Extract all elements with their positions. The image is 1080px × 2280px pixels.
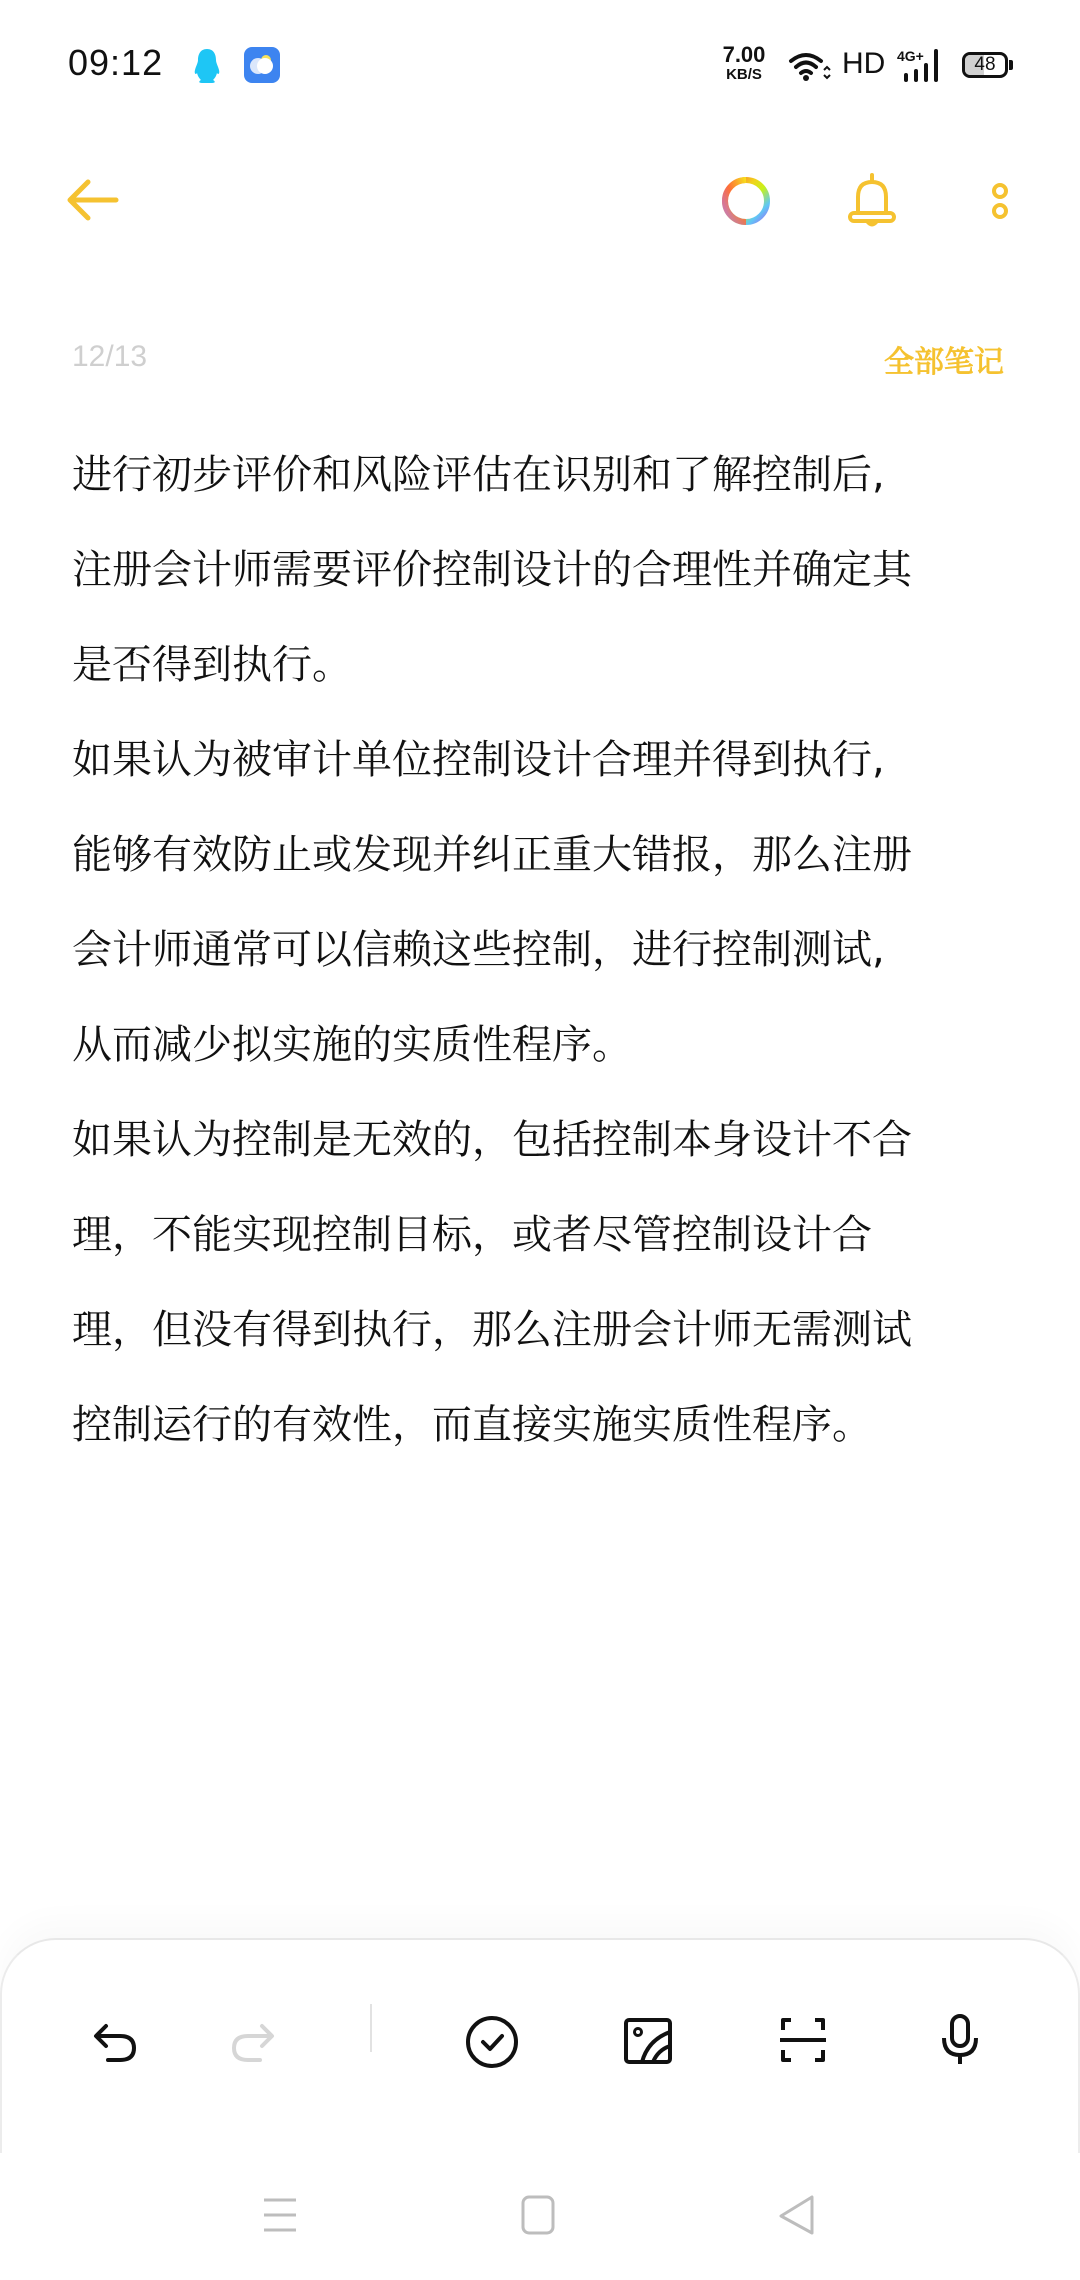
checklist-button[interactable] xyxy=(452,2000,532,2080)
network-speed-unit: KB/S xyxy=(716,67,772,82)
network-speed-value: 7.00 xyxy=(716,44,772,66)
back-nav-button[interactable] xyxy=(768,2190,828,2240)
all-notes-link[interactable]: 全部笔记 xyxy=(884,337,1004,381)
toolbar-divider xyxy=(370,2004,372,2052)
insert-image-button[interactable] xyxy=(608,2000,688,2080)
editor-toolbar xyxy=(0,1938,1080,2153)
undo-button[interactable] xyxy=(78,2000,158,2080)
bell-icon xyxy=(836,165,908,237)
more-options-button[interactable] xyxy=(964,165,1036,237)
menu-icon xyxy=(252,2190,312,2240)
battery-tip xyxy=(1009,60,1013,70)
network-speed: 7.00 KB/S xyxy=(716,44,772,82)
note-line: 理，但没有得到执行，那么注册会计师无需测试 xyxy=(72,1283,1012,1378)
note-line: 从而减少拟实施的实质性程序。 xyxy=(72,998,1012,1093)
image-icon xyxy=(608,2000,688,2080)
qq-penguin-icon xyxy=(192,48,222,84)
battery-level: 48 xyxy=(965,54,1005,76)
note-line: 是否得到执行。 xyxy=(72,618,1012,713)
note-color-button[interactable] xyxy=(710,165,782,237)
reminder-button[interactable] xyxy=(836,165,908,237)
weather-app-icon xyxy=(244,47,280,83)
scan-button[interactable] xyxy=(763,2000,843,2080)
note-line: 理，不能实现控制目标，或者尽管控制设计合 xyxy=(72,1188,1012,1283)
more-vertical-icon xyxy=(964,165,1036,237)
battery-indicator: 48 xyxy=(962,52,1008,78)
check-circle-icon xyxy=(452,2000,532,2080)
recent-apps-button[interactable] xyxy=(252,2190,312,2240)
note-line: 会计师通常可以信赖这些控制，进行控制测试, xyxy=(72,903,1012,998)
home-button[interactable] xyxy=(510,2190,570,2240)
color-ring-icon xyxy=(710,165,782,237)
wifi-icon xyxy=(788,50,832,82)
scan-icon xyxy=(763,2000,843,2080)
note-content-editor[interactable]: 进行初步评价和风险评估在识别和了解控制后, 注册会计师需要评价控制设计的合理性并… xyxy=(72,428,1012,1473)
svg-text:4G+: 4G+ xyxy=(897,48,924,64)
note-line: 控制运行的有效性，而直接实施实质性程序。 xyxy=(72,1378,1012,1473)
back-triangle-icon xyxy=(768,2190,828,2240)
note-line: 如果认为控制是无效的，包括控制本身设计不合 xyxy=(72,1093,1012,1188)
back-button[interactable] xyxy=(56,165,126,235)
note-line: 注册会计师需要评价控制设计的合理性并确定其 xyxy=(72,523,1012,618)
microphone-icon xyxy=(920,2000,1000,2080)
note-line: 能够有效防止或发现并纠正重大错报，那么注册 xyxy=(72,808,1012,903)
signal-4g-icon: 4G+ xyxy=(897,47,945,85)
hd-label: HD xyxy=(842,47,885,81)
status-time: 09:12 xyxy=(68,42,163,84)
home-icon xyxy=(510,2190,570,2240)
redo-button[interactable] xyxy=(210,2000,290,2080)
undo-icon xyxy=(78,2000,158,2080)
note-counter: 12/13 xyxy=(72,340,147,374)
redo-icon xyxy=(210,2000,290,2080)
note-line: 进行初步评价和风险评估在识别和了解控制后, xyxy=(72,428,1012,523)
note-line: 如果认为被审计单位控制设计合理并得到执行, xyxy=(72,713,1012,808)
arrow-left-icon xyxy=(56,165,126,235)
voice-input-button[interactable] xyxy=(920,2000,1000,2080)
